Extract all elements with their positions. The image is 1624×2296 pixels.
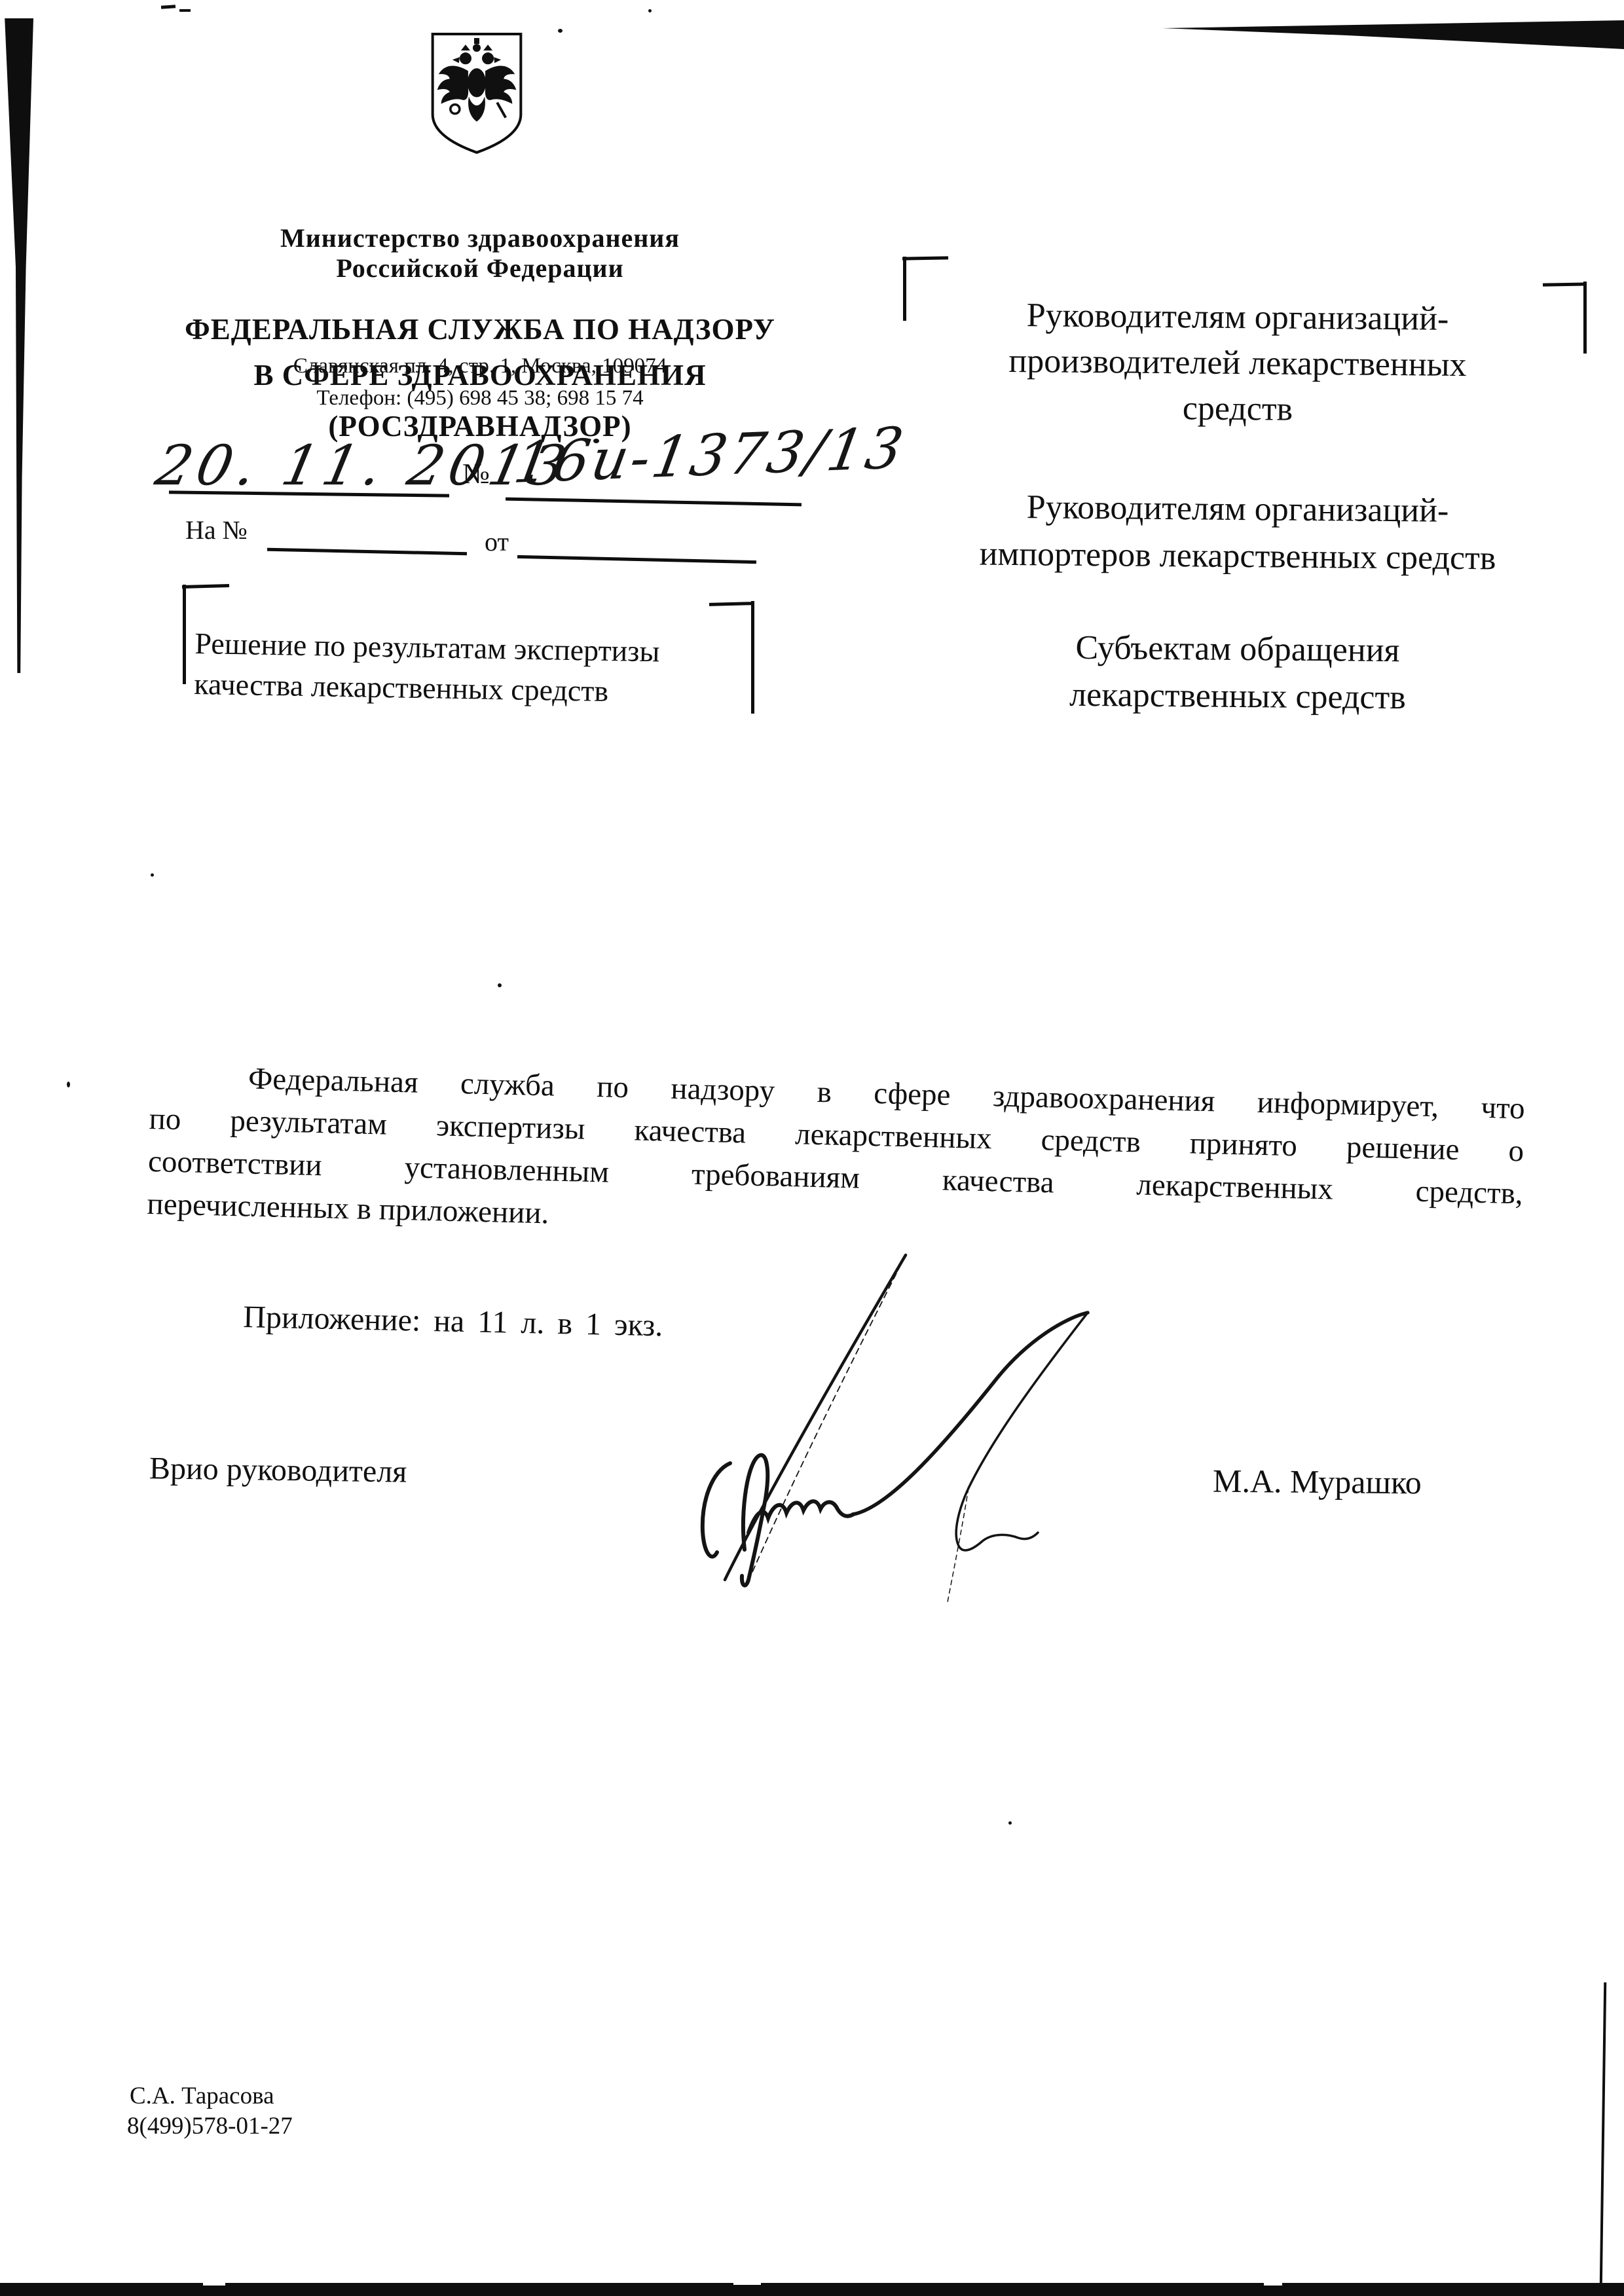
- scan-artifact-left-streak: [0, 18, 39, 673]
- scan-speck: [498, 983, 502, 987]
- number-sign: №: [462, 457, 490, 490]
- addressee-3-line1: Субъектам обращения: [897, 627, 1578, 671]
- signer-title: Врио руководителя: [149, 1450, 407, 1489]
- subject-block: Решение по результатам экспертизы качест…: [194, 623, 758, 714]
- subject-corner-mark-top-right: [709, 602, 754, 606]
- scan-artifact-top-right-wedge: [1162, 18, 1624, 51]
- executor-phone: 8(499)578-01-27: [127, 2112, 293, 2141]
- ministry-name-line1: Министерство здравоохранения: [185, 224, 775, 253]
- scan-artifact-bottom-bar: [0, 2283, 1624, 2296]
- addressee-2-line1: Руководителям организаций-: [897, 486, 1578, 531]
- executor-name: С.А. Тарасова: [130, 2082, 274, 2111]
- scan-speck: [558, 29, 563, 33]
- scan-artifact-bottom-bar-nick: [733, 2283, 761, 2285]
- scan-speck: [67, 1082, 70, 1087]
- reply-number-label: На №: [185, 515, 248, 545]
- addressee-1-line1: Руководителям организаций-: [897, 295, 1578, 339]
- addressee-3-line2: лекарственных средств: [897, 674, 1578, 718]
- addressee-corner-mark-top-left: [902, 256, 948, 260]
- addressee-1-line3: средств: [897, 386, 1578, 431]
- attachment-note: Приложение: на 11 л. в 1 экз.: [243, 1299, 663, 1343]
- reply-date-blank-line: [517, 555, 756, 564]
- scanned-letter-page: Министерство здравоохранения Российской …: [0, 0, 1624, 2296]
- reply-from-label: от: [485, 526, 509, 557]
- service-name-line1: ФЕДЕРАЛЬНАЯ СЛУЖБА ПО НАДЗОРУ: [153, 313, 807, 346]
- scan-artifact-bottom-bar-nick: [1264, 2283, 1282, 2286]
- scan-artifact-right-line: [1600, 1982, 1606, 2286]
- letterhead-address: Славянская пл. 4, стр. 1, Москва, 109074: [185, 354, 775, 378]
- body-paragraph: Федеральная служба по надзору в сфере зд…: [147, 1055, 1526, 1258]
- addressee-1-line2: производителей лекарственных: [897, 340, 1578, 385]
- subject-corner-mark-top-left: [182, 584, 229, 589]
- reply-number-blank-line: [267, 548, 467, 555]
- scan-speck: [648, 9, 652, 12]
- addressee-corner-mark-top-right: [1543, 282, 1586, 286]
- scan-speck: [151, 873, 154, 877]
- addressee-corner-mark-top-right-vertical: [1583, 282, 1587, 354]
- ministry-name-line2: Российской Федерации: [185, 254, 775, 283]
- scan-artifact-dash: [161, 5, 175, 9]
- letterhead-phone: Телефон: (495) 698 45 38; 698 15 74: [185, 386, 775, 410]
- signer-name: М.А. Мурашко: [1213, 1462, 1422, 1502]
- subject-corner-mark-top-left-vertical: [183, 585, 186, 684]
- scan-artifact-dash: [179, 9, 191, 12]
- handwritten-signature-icon: [684, 1241, 1116, 1620]
- addressee-2-line2: импортеров лекарственных средств: [897, 534, 1578, 578]
- scan-speck: [1008, 1821, 1012, 1825]
- russia-coat-of-arms-icon: [427, 30, 526, 158]
- scan-artifact-bottom-bar-nick: [203, 2283, 225, 2286]
- number-underline: [506, 498, 802, 507]
